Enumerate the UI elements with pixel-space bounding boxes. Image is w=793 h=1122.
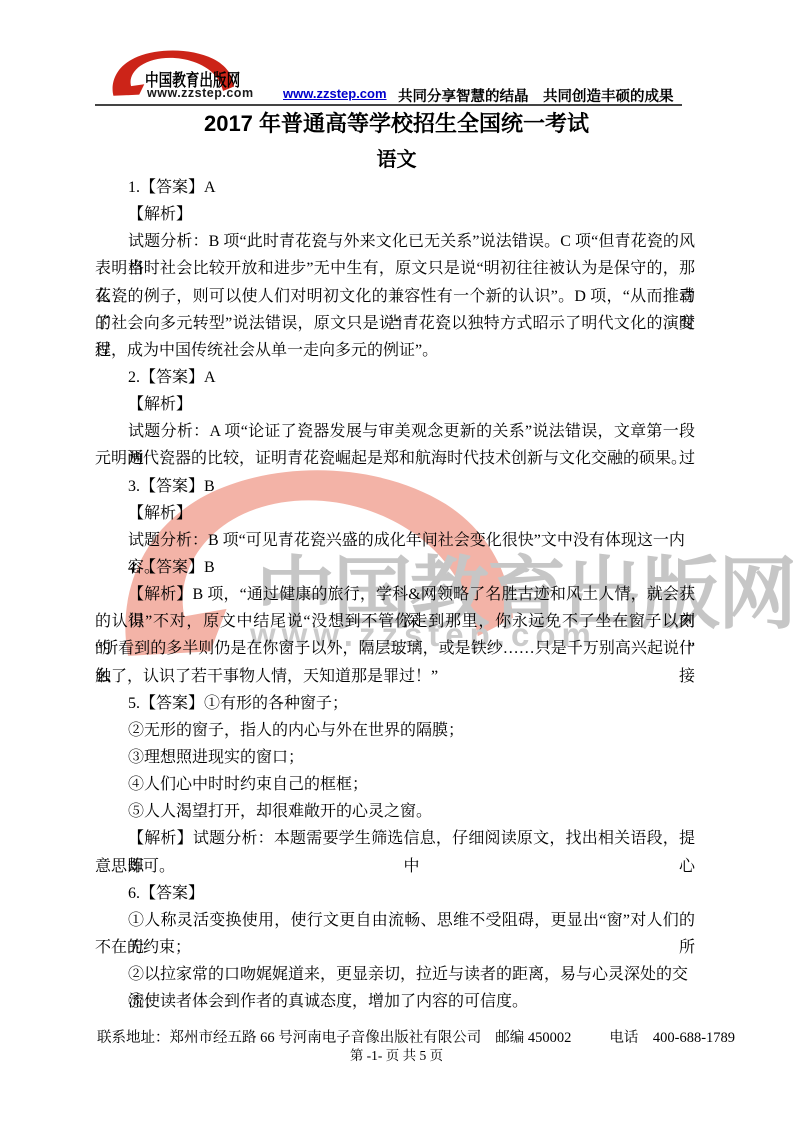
header-slogan: 共同分享智慧的结晶 共同创造丰硕的成果 <box>398 85 674 106</box>
answer-body: 1.【答案】A【解析】试题分析：B 项“此时青花瓷与外来文化已无关系”说法错误。… <box>95 174 695 1015</box>
body-line: 5.【答案】①有形的各种窗子； <box>95 690 695 717</box>
body-line: 1.【答案】A <box>95 174 695 201</box>
body-line: 4.【答案】B <box>95 554 695 581</box>
header-rule <box>95 104 682 106</box>
document-page: 中国教育出版网 www.zzstep.com 中国教育出版网 www.zzste… <box>0 0 793 1122</box>
body-line: 【解析】B 项，“通过健康的旅行，学科&网领略了名胜古迹和风土人情，就会获得深刻 <box>95 581 695 608</box>
body-line: ③理想照进现实的窗口； <box>95 744 695 771</box>
body-line: 试题分析：B 项“此时青花瓷与外来文化已无关系”说法错误。C 项“但青花瓷的风格 <box>95 228 695 255</box>
footer-page-number: 第 -1- 页 共 5 页 <box>0 1044 793 1064</box>
body-line: ④人们心中时时约束自己的框框； <box>95 771 695 798</box>
body-line: 【解析】 <box>95 500 695 527</box>
body-line: 的认识”不对，原文中结尾说“没想到不管你走到那里，你永远免不了坐在窗子以内的。” <box>95 608 695 635</box>
body-line: 试题分析：B 项“可见青花瓷兴盛的成化年间社会变化很快”文中没有体现这一内容。 <box>95 527 695 554</box>
body-line: ②无形的窗子，指人的内心与外在世界的隔膜； <box>95 717 695 744</box>
body-line: “所看到的多半则仍是在你窗子以外，隔层玻璃，或是铁纱……只是千万别高兴起说什么接 <box>95 635 695 662</box>
site-logo: 中国教育出版网 www.zzstep.com <box>95 44 255 104</box>
body-line: 2.【答案】A <box>95 364 695 391</box>
body-line: 花瓷的例子，则可以使人们对明初文化的兼容性有一个新的认识”。D 项，“从而推动了… <box>95 283 695 310</box>
body-line: 【解析】试题分析：本题需要学生筛选信息，仔细阅读原文，找出相关语段，提炼中心 <box>95 825 695 852</box>
body-line: ③使读者体会到作者的真诚态度，增加了内容的可信度。 <box>95 988 695 1015</box>
body-line: 的社会向多元转型”说法错误，原文只是说“青花瓷以独特方式昭示了明代文化的演变过 <box>95 310 695 337</box>
body-line: 【解析】 <box>95 201 695 228</box>
body-line: 【解析】 <box>95 391 695 418</box>
body-line: 3.【答案】B <box>95 473 695 500</box>
body-line: 表明当时社会比较开放和进步”无中生有，原文只是说“明初往往被认为是保守的，那么青 <box>95 255 695 282</box>
body-line: ②以拉家常的口吻娓娓道来，更显亲切，拉近与读者的距离，易与心灵深处的交流； <box>95 961 695 988</box>
document-title: 2017 年普通高等学校招生全国统一考试 <box>0 107 793 138</box>
body-line: ⑤人人渴望打开，却很难敞开的心灵之窗。 <box>95 798 695 825</box>
body-line: ①人称灵活变换使用，使行文更自由流畅、思维不受阻碍，更显出“窗”对人们的无所 <box>95 907 695 934</box>
body-line: 6.【答案】 <box>95 880 695 907</box>
header-site-link[interactable]: www.zzstep.com <box>283 86 387 101</box>
logo-site-url: www.zzstep.com <box>147 86 254 100</box>
body-line: 程，成为中国传统社会从单一走向多元的例证”。 <box>95 337 695 364</box>
document-subtitle: 语文 <box>0 143 793 172</box>
body-line: 元明两代瓷器的比较，证明青花瓷崛起是郑和航海时代技术创新与文化交融的硕果。 <box>95 445 695 472</box>
body-line: 试题分析：A 项“论证了瓷器发展与审美观念更新的关系”说法错误，文章第一段通过 <box>95 418 695 445</box>
